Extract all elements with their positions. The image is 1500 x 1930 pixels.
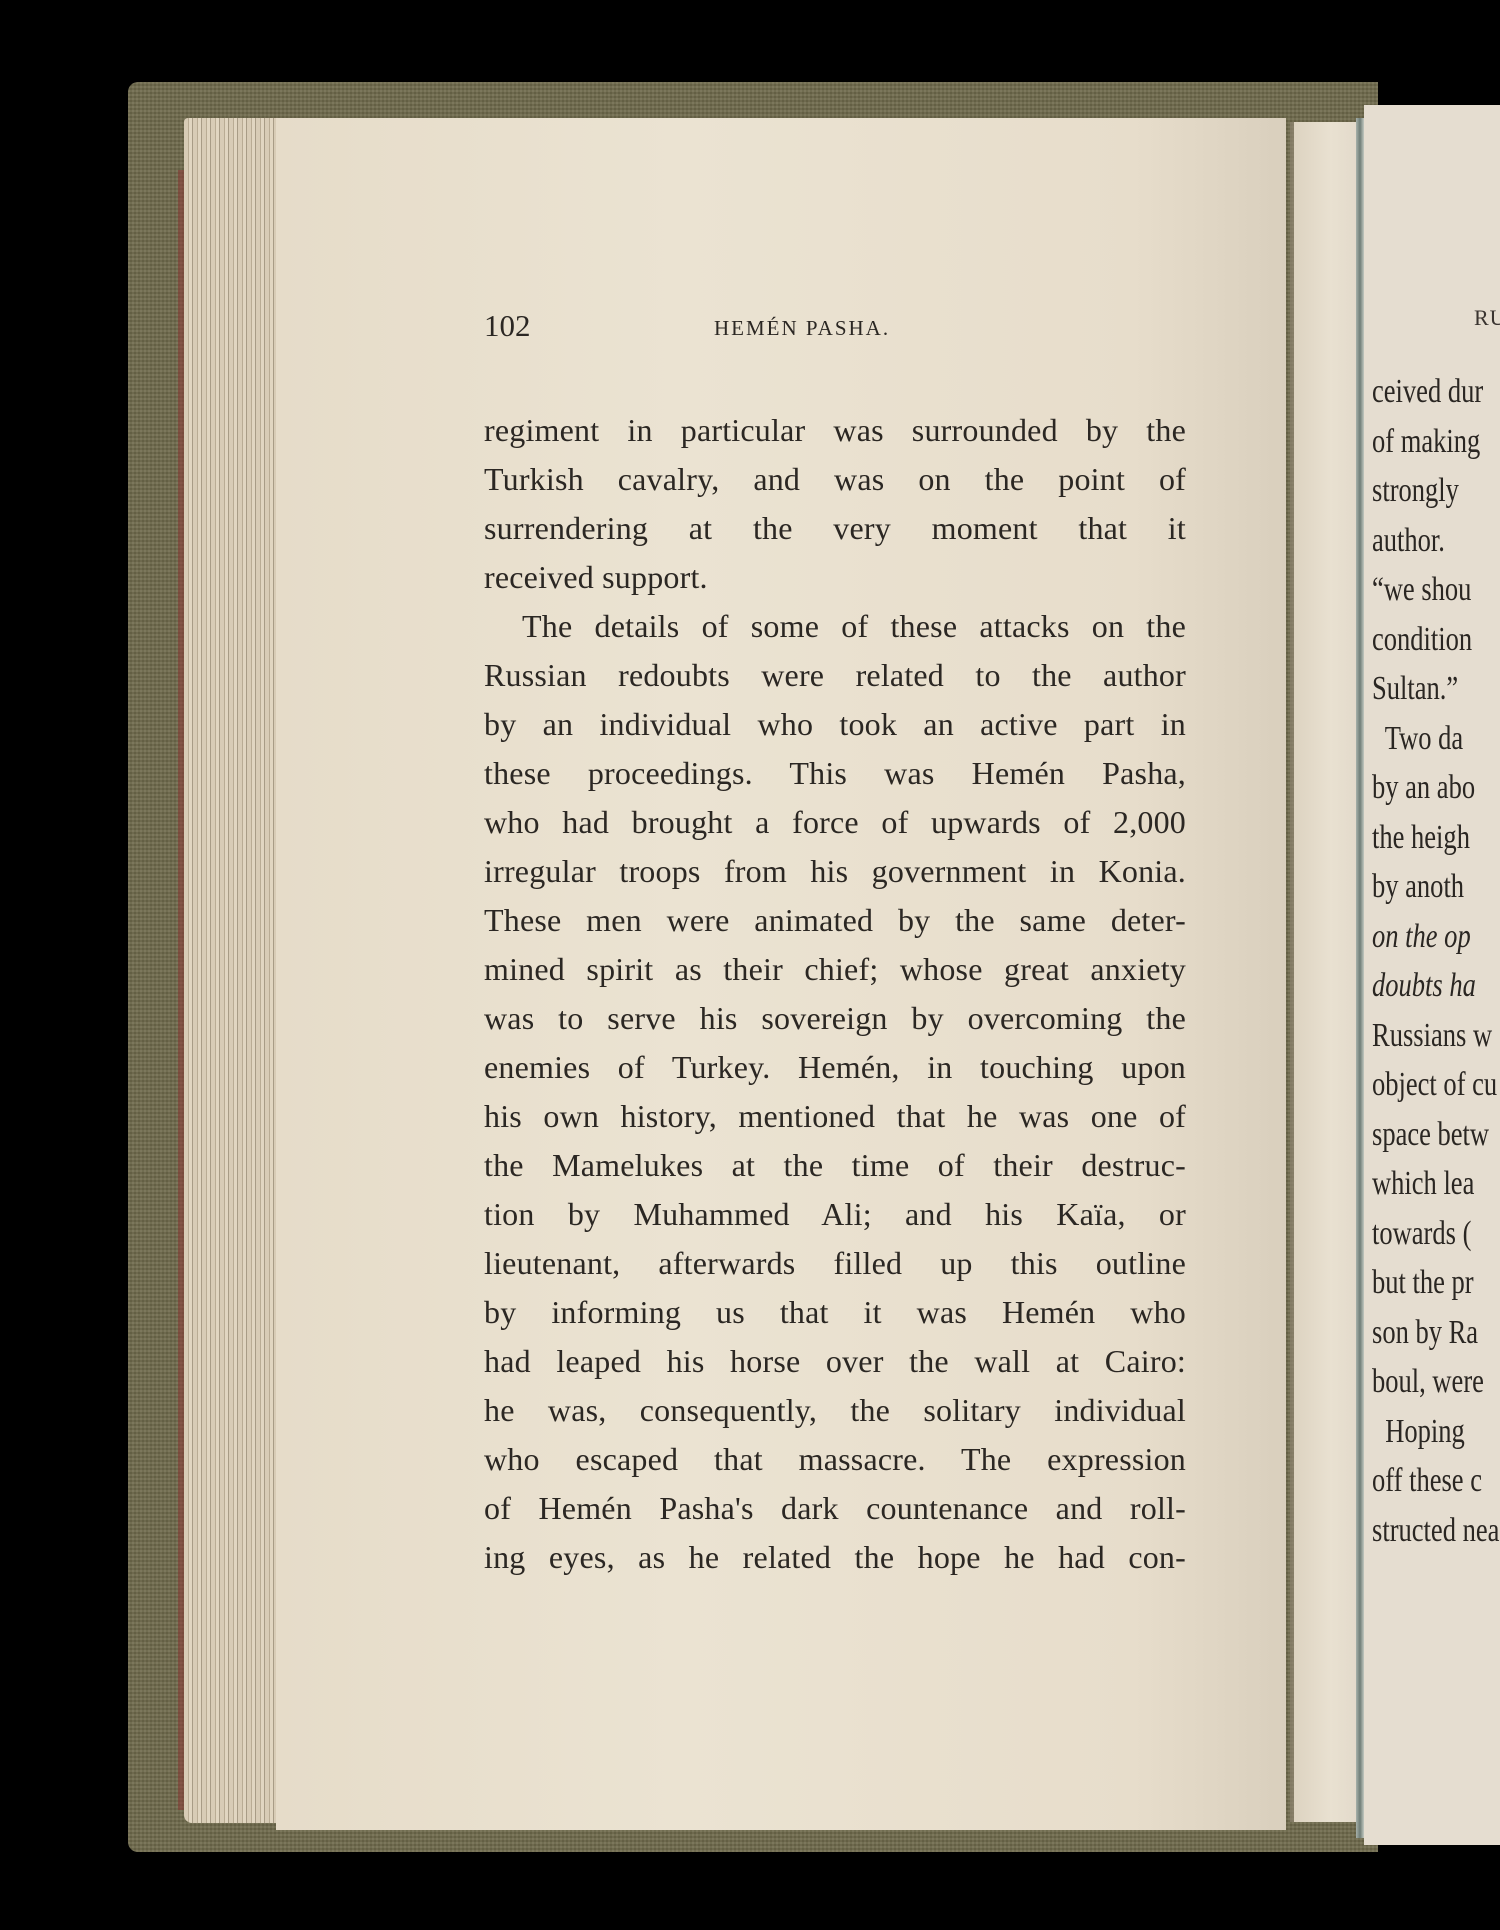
text-line: received support. <box>484 553 1186 602</box>
text-line: of making <box>1372 417 1500 467</box>
text-line: lieutenant, afterwards filled up this ou… <box>484 1239 1186 1288</box>
text-line: he was, consequently, the solitary indiv… <box>484 1386 1186 1435</box>
text-line: Two da <box>1372 714 1500 764</box>
text-line: doubts ha <box>1372 961 1500 1011</box>
text-line: object of cu <box>1372 1060 1500 1110</box>
page-text-block: 102 HEMÉN PASHA. regiment in particular … <box>484 308 1186 1582</box>
text-line: Sultan.” <box>1372 664 1500 714</box>
text-line: Hoping <box>1372 1407 1500 1457</box>
text-line: surrendering at the very moment that it <box>484 504 1186 553</box>
text-line: but the pr <box>1372 1258 1500 1308</box>
running-head: 102 HEMÉN PASHA. <box>484 308 1186 364</box>
text-line: author. <box>1372 516 1500 566</box>
text-line: Turkish cavalry, and was on the point of <box>484 455 1186 504</box>
text-line: by anoth <box>1372 862 1500 912</box>
text-line: the Mamelukes at the time of their destr… <box>484 1141 1186 1190</box>
text-line: the heigh <box>1372 813 1500 863</box>
text-line: Russians w <box>1372 1011 1500 1061</box>
text-line: tion by Muhammed Ali; and his Kaïa, or <box>484 1190 1186 1239</box>
page-number: 102 <box>484 308 531 344</box>
text-line: who had brought a force of upwards of 2,… <box>484 798 1186 847</box>
text-line: condition <box>1372 615 1500 665</box>
text-line: his own history, mentioned that he was o… <box>484 1092 1186 1141</box>
text-line: ceived dur <box>1372 367 1500 417</box>
spine <box>1356 118 1364 1838</box>
gutter <box>1294 122 1356 1822</box>
text-line: mined spirit as their chief; whose great… <box>484 945 1186 994</box>
text-line: which lea <box>1372 1159 1500 1209</box>
text-line: these proceedings. This was Hemén Pasha, <box>484 749 1186 798</box>
text-line: irregular troops from his government in … <box>484 847 1186 896</box>
text-line: Russian redoubts were related to the aut… <box>484 651 1186 700</box>
text-line: enemies of Turkey. Hemén, in touching up… <box>484 1043 1186 1092</box>
right-page-text: ceived dur of making strongly author. “w… <box>1372 367 1500 1555</box>
right-page: RU ceived dur of making strongly author.… <box>1364 105 1500 1845</box>
text-line: towards ( <box>1372 1209 1500 1259</box>
text-line: by informing us that it was Hemén who <box>484 1288 1186 1337</box>
right-running-head: RU <box>1474 305 1500 331</box>
text-line: strongly <box>1372 466 1500 516</box>
text-line: son by Ra <box>1372 1308 1500 1358</box>
text-line: regiment in particular was surrounded by… <box>484 406 1186 455</box>
chapter-title: HEMÉN PASHA. <box>714 316 890 341</box>
text-line: was to serve his sovereign by overcoming… <box>484 994 1186 1043</box>
text-line: by an abo <box>1372 763 1500 813</box>
text-line: space betw <box>1372 1110 1500 1160</box>
text-line: by an individual who took an active part… <box>484 700 1186 749</box>
text-line: had leaped his horse over the wall at Ca… <box>484 1337 1186 1386</box>
text-line: who escaped that massacre. The expressio… <box>484 1435 1186 1484</box>
page-fore-edge <box>184 118 276 1823</box>
text-line: on the op <box>1372 912 1500 962</box>
text-line: These men were animated by the same dete… <box>484 896 1186 945</box>
text-line: “we shou <box>1372 565 1500 615</box>
text-line: structed nea <box>1372 1506 1500 1556</box>
text-line: ing eyes, as he related the hope he had … <box>484 1533 1186 1582</box>
text-line: boul, were <box>1372 1357 1500 1407</box>
text-line: off these c <box>1372 1456 1500 1506</box>
text-line: The details of some of these attacks on … <box>484 602 1186 651</box>
text-line: of Hemén Pasha's dark countenance and ro… <box>484 1484 1186 1533</box>
body-text: regiment in particular was surrounded by… <box>484 406 1186 1582</box>
